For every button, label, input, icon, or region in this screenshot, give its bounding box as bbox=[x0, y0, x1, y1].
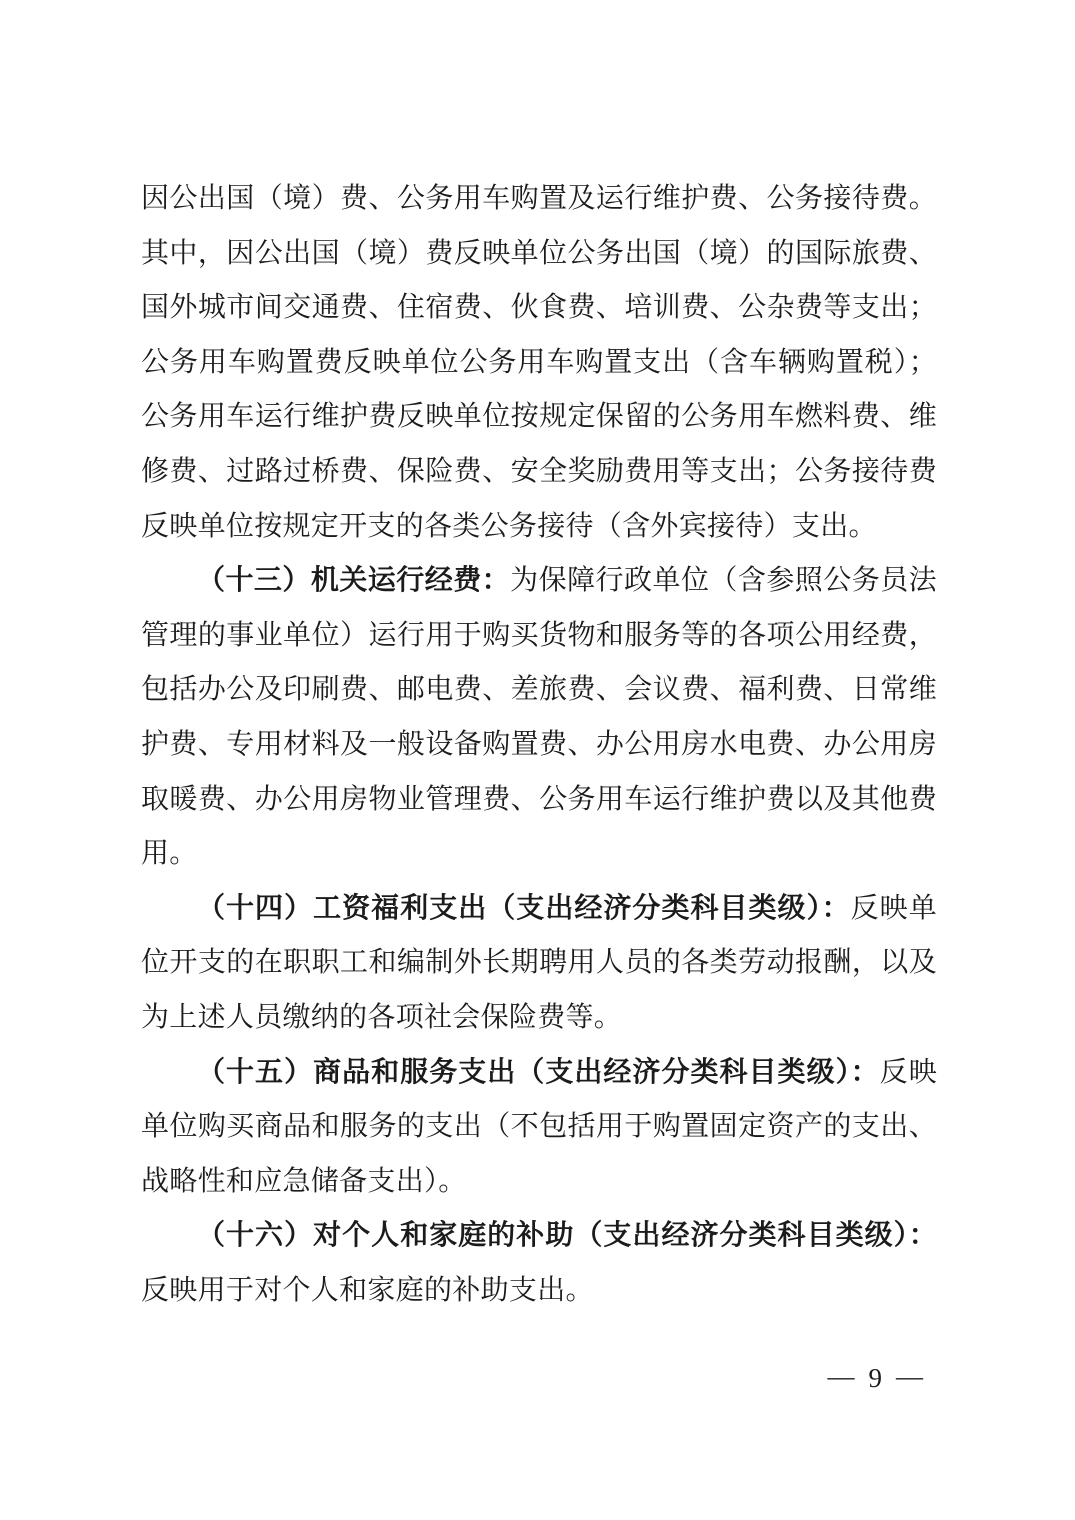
paragraph-body: 反映用于对个人和家庭的补助支出。 bbox=[141, 1275, 594, 1306]
paragraph-body: 因公出国（境）费、公务用车购置及运行维护费、公务接待费。其中，因公出国（境）费反… bbox=[141, 183, 937, 542]
page-footer: —9— bbox=[814, 1358, 938, 1398]
footer-dash-right: — bbox=[896, 1356, 923, 1396]
paragraph-heading: （十六）对个人和家庭的补助（支出经济分类科目类级）： bbox=[197, 1220, 937, 1251]
footer-dash-left: — bbox=[828, 1356, 855, 1396]
paragraph-item-14: （十四）工资福利支出（支出经济分类科目类级）：反映单位开支的在职职工和编制外长期… bbox=[141, 882, 937, 1046]
paragraph-item-13: （十三）机关运行经费：为保障行政单位（含参照公务员法管理的事业单位）运行用于购买… bbox=[141, 554, 937, 882]
document-text-block: 因公出国（境）费、公务用车购置及运行维护费、公务接待费。其中，因公出国（境）费反… bbox=[141, 172, 937, 1318]
paragraph-item-16: （十六）对个人和家庭的补助（支出经济分类科目类级）：反映用于对个人和家庭的补助支… bbox=[141, 1209, 937, 1318]
paragraph-body: 为保障行政单位（含参照公务员法管理的事业单位）运行用于购买货物和服务等的各项公用… bbox=[141, 565, 937, 869]
paragraph-continuation: 因公出国（境）费、公务用车购置及运行维护费、公务接待费。其中，因公出国（境）费反… bbox=[141, 172, 937, 554]
paragraph-heading: （十五）商品和服务支出（支出经济分类科目类级）： bbox=[197, 1057, 880, 1088]
paragraph-heading: （十三）机关运行经费： bbox=[197, 565, 510, 596]
document-page: 因公出国（境）费、公务用车购置及运行维护费、公务接待费。其中，因公出国（境）费反… bbox=[0, 0, 1075, 1520]
paragraph-item-15: （十五）商品和服务支出（支出经济分类科目类级）：反映单位购买商品和服务的支出（不… bbox=[141, 1046, 937, 1210]
page-number: 9 bbox=[869, 1363, 883, 1393]
paragraph-heading: （十四）工资福利支出（支出经济分类科目类级）： bbox=[197, 893, 851, 924]
